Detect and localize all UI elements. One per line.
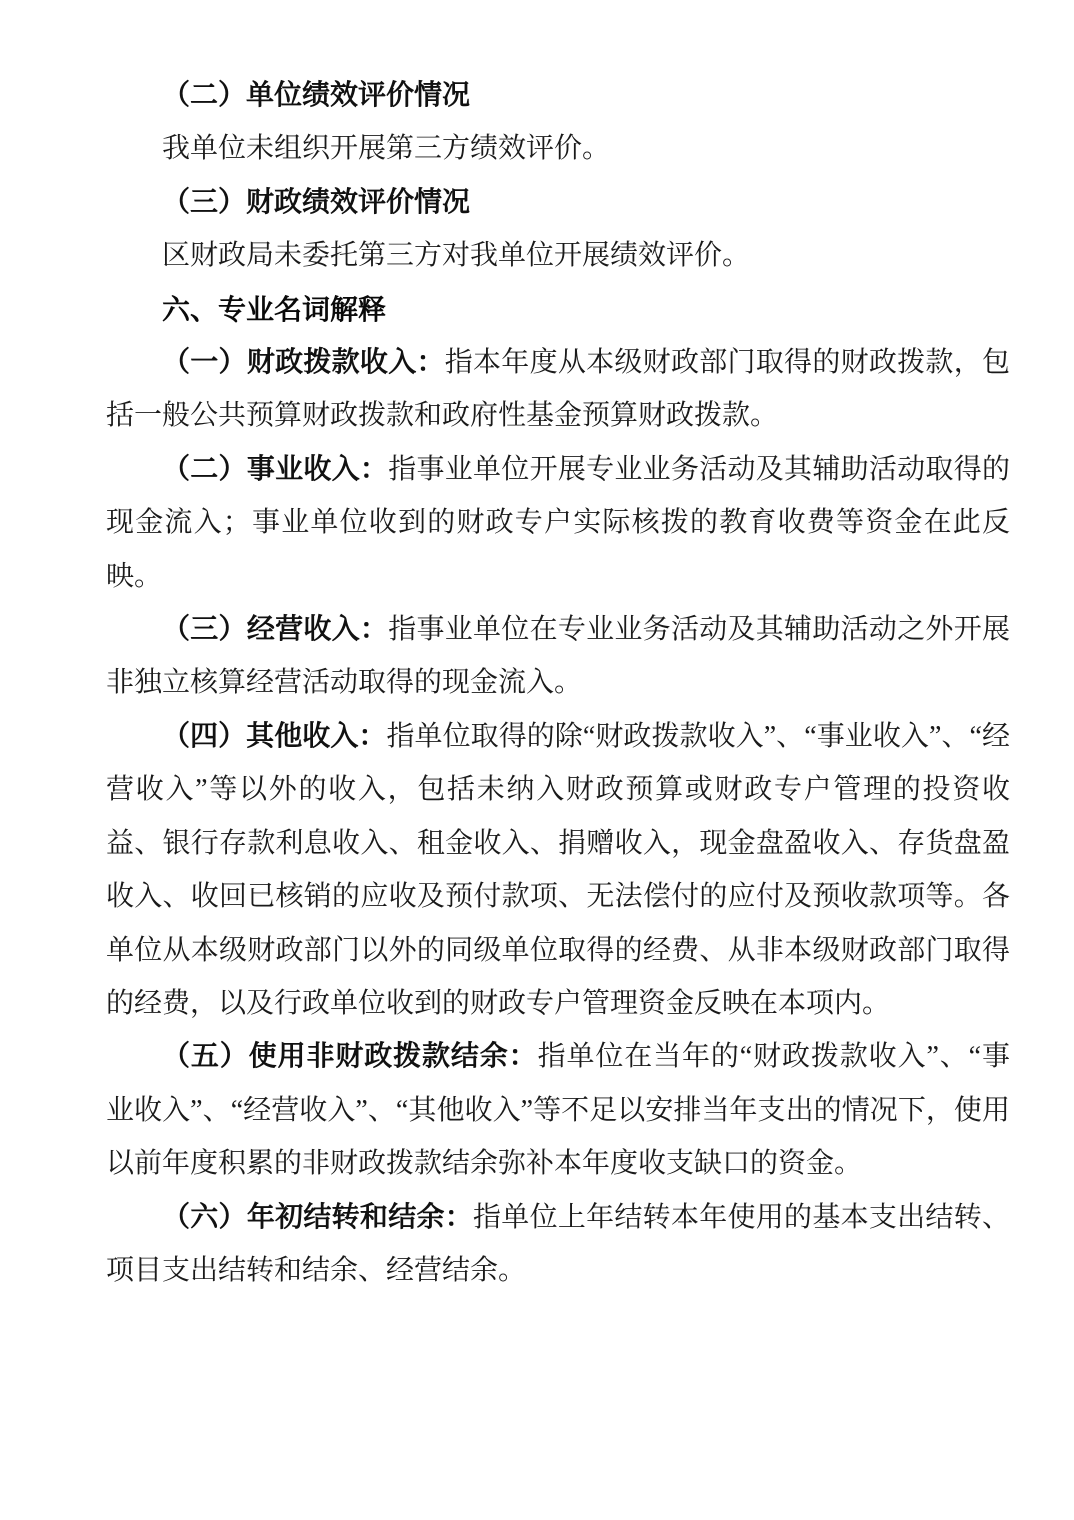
chapter-heading: 六、专业名词解释: [106, 283, 1010, 336]
paragraph-text: 六、专业名词解释: [162, 294, 386, 325]
paragraph-text: 我单位未组织开展第三方绩效评价。: [162, 133, 610, 164]
section-heading: （二）单位绩效评价情况: [106, 69, 1010, 122]
term-label: （二）事业收入：: [162, 454, 388, 485]
term-label: （五）使用非财政拨款结余：: [162, 1041, 538, 1072]
body-paragraph: 我单位未组织开展第三方绩效评价。: [106, 122, 1010, 175]
body-paragraph: （四）其他收入：指单位取得的除“财政拨款收入”、“事业收入”、“经营收入”等以外…: [106, 710, 1010, 1030]
section-heading: （三）财政绩效评价情况: [106, 176, 1010, 229]
term-label: （四）其他收入：: [162, 721, 386, 752]
paragraph-text: 区财政局未委托第三方对我单位开展绩效评价。: [162, 240, 750, 271]
document-page: （二）单位绩效评价情况我单位未组织开展第三方绩效评价。（三）财政绩效评价情况区财…: [0, 0, 1074, 1520]
paragraph-text: （三）财政绩效评价情况: [162, 187, 470, 218]
paragraph-text: （二）单位绩效评价情况: [162, 80, 470, 111]
body-paragraph: （六）年初结转和结余：指单位上年结转本年使用的基本支出结转、项目支出结转和结余、…: [106, 1191, 1010, 1298]
body-paragraph: 区财政局未委托第三方对我单位开展绩效评价。: [106, 229, 1010, 282]
term-label: （六）年初结转和结余：: [162, 1202, 473, 1233]
body-paragraph: （五）使用非财政拨款结余：指单位在当年的“财政拨款收入”、“事业收入”、“经营收…: [106, 1030, 1010, 1190]
document-content: （二）单位绩效评价情况我单位未组织开展第三方绩效评价。（三）财政绩效评价情况区财…: [106, 69, 1010, 1297]
term-label: （三）经营收入：: [162, 614, 388, 645]
body-paragraph: （三）经营收入：指事业单位在专业业务活动及其辅助活动之外开展非独立核算经营活动取…: [106, 603, 1010, 710]
term-label: （一）财政拨款收入：: [162, 347, 445, 378]
body-paragraph: （二）事业收入：指事业单位开展专业业务活动及其辅助活动取得的现金流入；事业单位收…: [106, 443, 1010, 603]
paragraph-text: 指单位取得的除“财政拨款收入”、“事业收入”、“经营收入”等以外的收入，包括未纳…: [106, 721, 1010, 1019]
body-paragraph: （一）财政拨款收入：指本年度从本级财政部门取得的财政拨款，包括一般公共预算财政拨…: [106, 336, 1010, 443]
